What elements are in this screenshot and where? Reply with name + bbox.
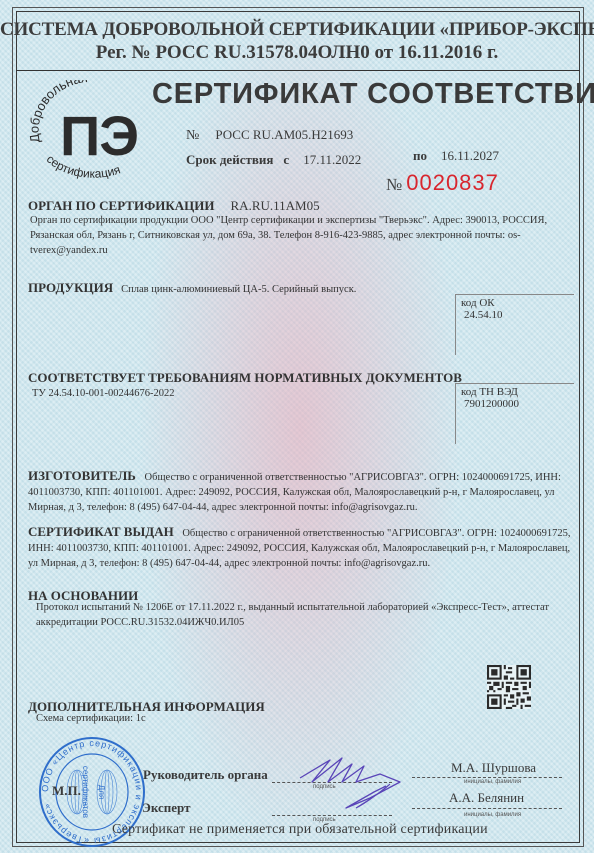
valid-from-date: 17.11.2022 bbox=[303, 152, 361, 167]
compliance-label: СООТВЕТСТВУЕТ ТРЕБОВАНИЯМ НОРМАТИВНЫХ ДО… bbox=[28, 370, 462, 386]
ok-code-label: код ОК bbox=[461, 297, 574, 309]
stamp-place-label: М.П. bbox=[52, 783, 81, 799]
system-name: СИСТЕМА ДОБРОВОЛЬНОЙ СЕРТИФИКАЦИИ «ПРИБО… bbox=[0, 19, 594, 41]
compliance-text: ТУ 24.54.10-001-00244676-2022 bbox=[32, 386, 174, 401]
certificate-number-row: № РОСС RU.АМ05.Н21693 bbox=[186, 126, 353, 144]
validity-to-label: по bbox=[413, 148, 427, 163]
qr-code-icon bbox=[487, 665, 531, 709]
serial-number: 0020837 bbox=[406, 170, 499, 195]
cert-body-text: Орган по сертификации продукции ООО "Цен… bbox=[30, 213, 570, 258]
certificate-number: РОСС RU.АМ05.Н21693 bbox=[215, 127, 353, 142]
document-title: СЕРТИФИКАТ СООТВЕТСТВИЯ bbox=[152, 78, 594, 111]
issued-to-block: СЕРТИФИКАТ ВЫДАН Общество с ограниченной… bbox=[28, 524, 576, 571]
serial-row: №0020837 bbox=[386, 170, 499, 196]
svg-text:Для: Для bbox=[97, 785, 106, 799]
tnved-code-box: код ТН ВЭД 7901200000 bbox=[455, 383, 574, 444]
validity-to: по 16.11.2027 bbox=[413, 147, 499, 165]
svg-text:сертификатов: сертификатов bbox=[81, 766, 90, 818]
validity-from-label: с bbox=[283, 152, 289, 167]
number-sign: № bbox=[186, 128, 199, 143]
expert-name-line bbox=[412, 808, 562, 809]
pe-logo: Добровольная сертификация ПЭ bbox=[26, 80, 156, 190]
header-divider bbox=[16, 70, 580, 71]
expert-signature-line bbox=[272, 815, 392, 816]
product-row: ПРОДУКЦИЯ Сплав цинк-алюминиевый ЦА-5. С… bbox=[28, 279, 356, 297]
head-label: Руководитель органа bbox=[143, 767, 268, 783]
expert-name: А.А. Белянин bbox=[449, 790, 524, 806]
logo-letters: ПЭ bbox=[60, 108, 138, 164]
expert-label: Эксперт bbox=[142, 800, 190, 816]
basis-text: Протокол испытаний № 1206Е от 17.11.2022… bbox=[36, 600, 566, 630]
cert-body-label: ОРГАН ПО СЕРТИФИКАЦИИ bbox=[28, 198, 215, 213]
validity-label: Срок действия bbox=[186, 152, 273, 167]
tnved-code-value: 7901200000 bbox=[464, 398, 574, 410]
additional-info-text: Схема сертификации: 1с bbox=[36, 711, 146, 726]
issued-to-label: СЕРТИФИКАТ ВЫДАН bbox=[28, 524, 174, 539]
cert-body-code: RA.RU.11АМ05 bbox=[231, 198, 320, 213]
product-text: Сплав цинк-алюминиевый ЦА-5. Серийный вы… bbox=[121, 284, 356, 295]
head-name-line bbox=[412, 777, 562, 778]
footer-note: Сертификат не применяется при обязательн… bbox=[112, 822, 488, 838]
head-name: М.А. Шуршова bbox=[451, 760, 536, 776]
product-label: ПРОДУКЦИЯ bbox=[28, 280, 113, 295]
manufacturer-block: ИЗГОТОВИТЕЛЬ Общество с ограниченной отв… bbox=[28, 468, 576, 515]
tnved-code-label: код ТН ВЭД bbox=[461, 386, 574, 398]
manufacturer-label: ИЗГОТОВИТЕЛЬ bbox=[28, 468, 136, 483]
expert-name-caption: инициалы, фамилия bbox=[464, 812, 521, 818]
registration-number: Рег. № РОСС RU.31578.04ОЛН0 от 16.11.201… bbox=[0, 42, 594, 64]
ok-code-value: 24.54.10 bbox=[464, 309, 574, 321]
ok-code-box: код ОК 24.54.10 bbox=[455, 294, 574, 355]
valid-to-date: 16.11.2027 bbox=[441, 148, 499, 163]
validity-row: Срок действия с 17.11.2022 bbox=[186, 151, 361, 169]
head-name-caption: инициалы, фамилия bbox=[464, 779, 521, 785]
serial-sign: № bbox=[386, 175, 402, 194]
handwritten-signature-icon bbox=[290, 752, 410, 812]
